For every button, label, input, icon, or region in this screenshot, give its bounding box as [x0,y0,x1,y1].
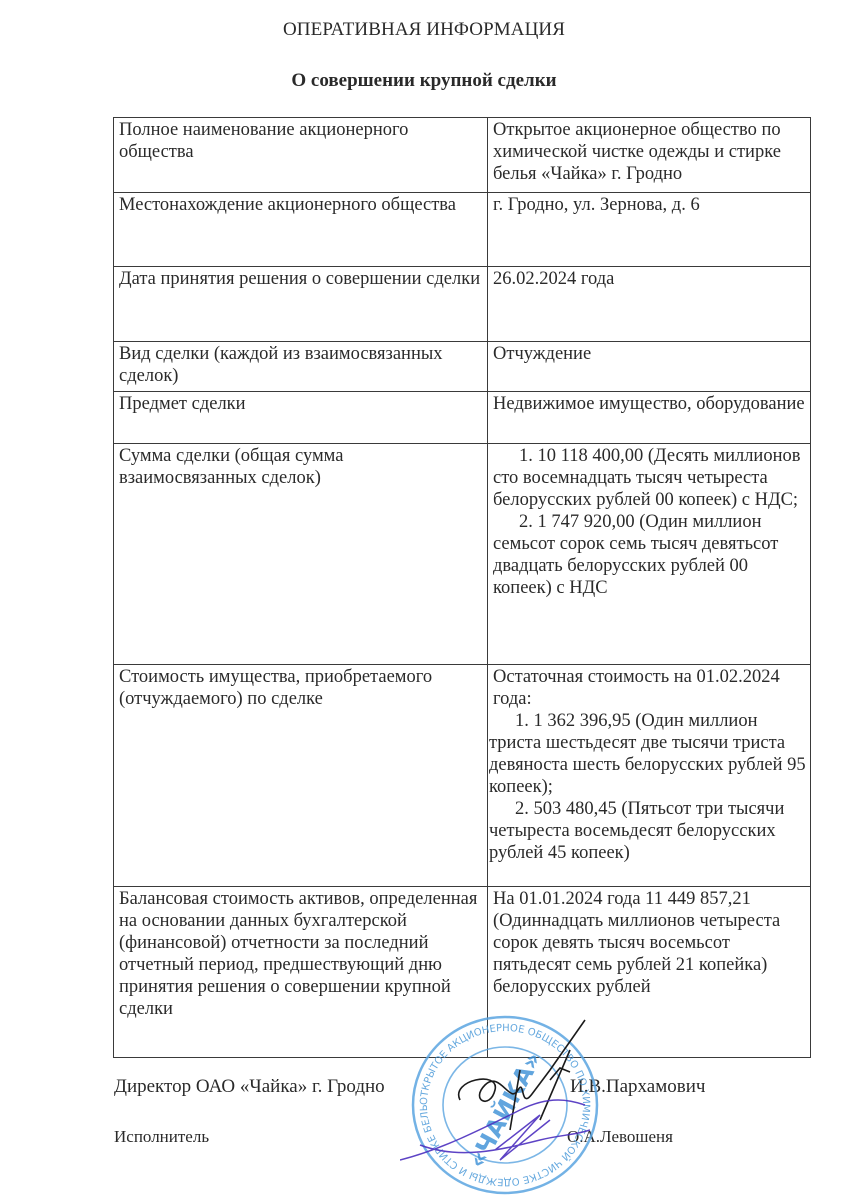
row-label: Сумма сделки (общая сумма взаимосвязанны… [114,444,488,665]
row-label: Полное наименование акционерного обществ… [114,118,488,193]
row-label: Местонахождение акционерного общества [114,193,488,267]
row-label: Предмет сделки [114,392,488,444]
stamp-center-text: «ЧАЙКА» [462,1047,547,1173]
row-value: Отчуждение [488,342,811,392]
director-name: И.В.Пархамович [570,1076,705,1098]
row-value: Недвижимое имущество, оборудование [488,392,811,444]
table-row: Местонахождение акционерного общества г.… [114,193,811,267]
table-row: Сумма сделки (общая сумма взаимосвязанны… [114,444,811,665]
value-item: 2. 503 480,45 (Пятьсот три тысячи четыре… [489,798,806,864]
table-row: Вид сделки (каждой из взаимосвязанных сд… [114,342,811,392]
table-row: Балансовая стоимость активов, определенн… [114,887,811,1058]
row-label: Дата принятия решения о совершении сделк… [114,267,488,342]
table-row: Стоимость имущества, приобретаемого (отч… [114,665,811,887]
table-row: Предмет сделки Недвижимое имущество, обо… [114,392,811,444]
row-value: 1. 10 118 400,00 (Десять миллионов сто в… [488,444,811,665]
row-value: г. Гродно, ул. Зернова, д. 6 [488,193,811,267]
table-row: Дата принятия решения о совершении сделк… [114,267,811,342]
executor-name: О.А.Левошеня [567,1127,673,1147]
amount-item: 2. 1 747 920,00 (Один миллион семьсот со… [493,511,806,599]
director-label: Директор ОАО «Чайка» г. Гродно [114,1076,385,1098]
document-title: ОПЕРАТИВНАЯ ИНФОРМАЦИЯ [0,19,848,41]
document-subtitle: О совершении крупной сделки [0,70,848,92]
amount-item: 1. 10 118 400,00 (Десять миллионов сто в… [493,445,806,511]
row-value: Открытое акционерное общество по химичес… [488,118,811,193]
row-label: Вид сделки (каждой из взаимосвязанных сд… [114,342,488,392]
value-intro: Остаточная стоимость на 01.02.2024 года: [493,666,806,710]
value-item: 1. 1 362 396,95 (Один миллион триста шес… [489,710,806,798]
row-value: На 01.01.2024 года 11 449 857,21 (Одинна… [488,887,811,1058]
executor-label: Исполнитель [114,1127,209,1147]
transaction-info-table: Полное наименование акционерного обществ… [113,117,811,1058]
row-label: Балансовая стоимость активов, определенн… [114,887,488,1058]
row-value: Остаточная стоимость на 01.02.2024 года:… [488,665,811,887]
row-value: 26.02.2024 года [488,267,811,342]
table-row: Полное наименование акционерного обществ… [114,118,811,193]
row-label: Стоимость имущества, приобретаемого (отч… [114,665,488,887]
